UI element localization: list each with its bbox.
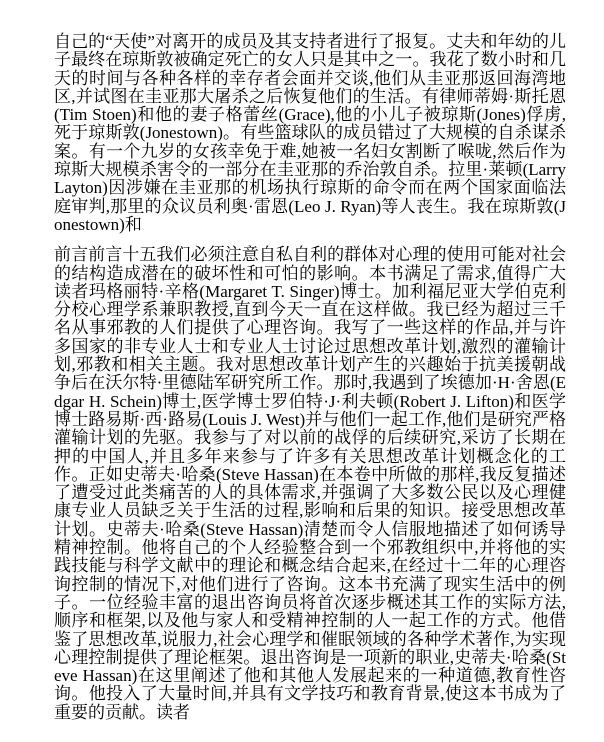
paragraph-foreword-singer: 前言前言十五我们必须注意自私自利的群体对心理的使用可能对社会的结构造成潜在的破坏… (54, 246, 566, 722)
paragraph-jonestown-survivors: 自己的“天使”对离开的成员及其支持者进行了报复。丈夫和年幼的儿子最终在琼斯敦被确… (54, 33, 566, 234)
document-page: 自己的“天使”对离开的成员及其支持者进行了报复。丈夫和年幼的儿子最终在琼斯敦被确… (54, 33, 566, 722)
